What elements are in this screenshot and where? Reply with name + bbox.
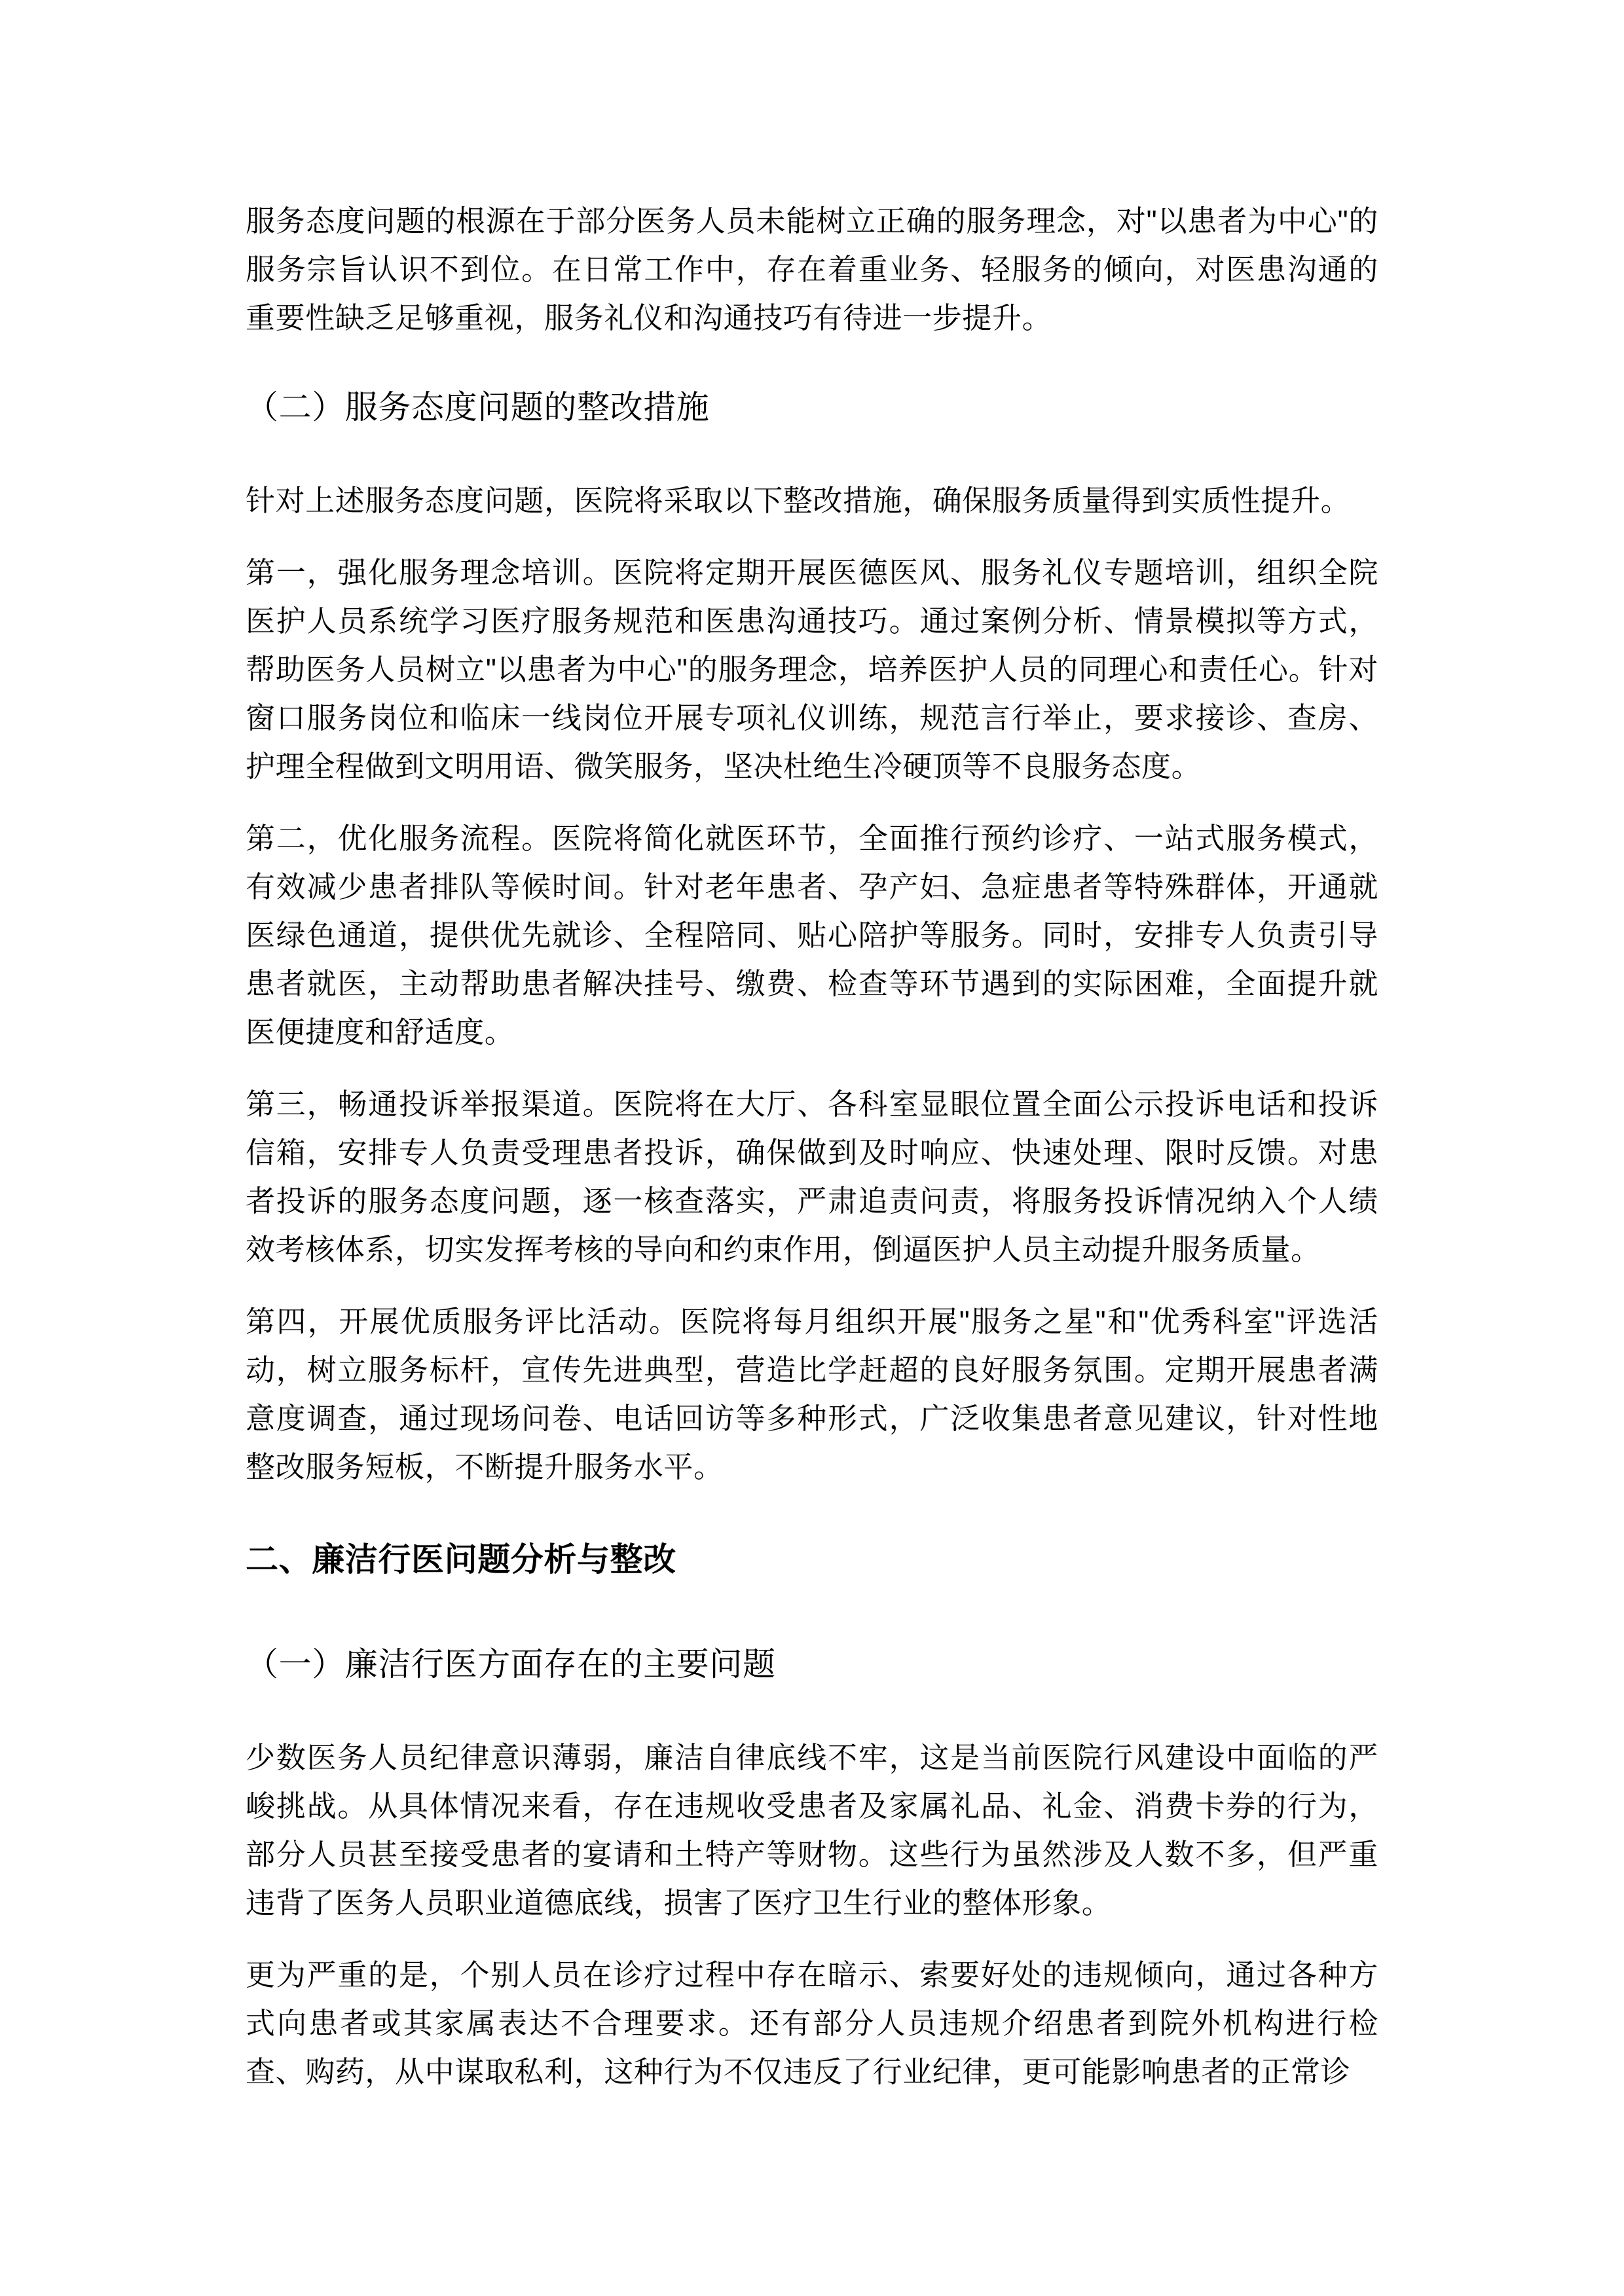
- paragraph-measure-1-service-concept-training: 第一，强化服务理念培训。医院将定期开展医德医风、服务礼仪专题培训，组织全院医护人…: [246, 549, 1378, 791]
- paragraph-integrity-problems-discipline: 少数医务人员纪律意识薄弱，廉洁自律底线不牢，这是当前医院行风建设中面临的严峻挑战…: [246, 1734, 1378, 1927]
- document-page: 服务态度问题的根源在于部分医务人员未能树立正确的服务理念，对"以患者为中心"的服…: [0, 0, 1624, 2296]
- paragraph-measure-4-service-evaluation-activities: 第四，开展优质服务评比活动。医院将每月组织开展"服务之星"和"优秀科室"评选活动…: [246, 1298, 1378, 1491]
- paragraph-measure-3-complaint-channels: 第三，畅通投诉举报渠道。医院将在大厅、各科室显眼位置全面公示投诉电话和投诉信箱，…: [246, 1080, 1378, 1274]
- paragraph-integrity-problems-solicitation: 更为严重的是，个别人员在诊疗过程中存在暗示、索要好处的违规倾向，通过各种方式向患…: [246, 1951, 1378, 2096]
- paragraph-service-attitude-root-cause: 服务态度问题的根源在于部分医务人员未能树立正确的服务理念，对"以患者为中心"的服…: [246, 197, 1378, 342]
- heading-integrity-practice-section: 二、廉洁行医问题分析与整改: [246, 1532, 1378, 1587]
- paragraph-measure-2-service-process-optimization: 第二，优化服务流程。医院将简化就医环节，全面推行预约诊疗、一站式服务模式，有效减…: [246, 814, 1378, 1057]
- heading-integrity-main-problems: （一）廉洁行医方面存在的主要问题: [246, 1637, 1378, 1692]
- heading-service-attitude-measures: （二）服务态度问题的整改措施: [246, 380, 1378, 435]
- paragraph-measures-intro: 针对上述服务态度问题，医院将采取以下整改措施，确保服务质量得到实质性提升。: [246, 477, 1378, 525]
